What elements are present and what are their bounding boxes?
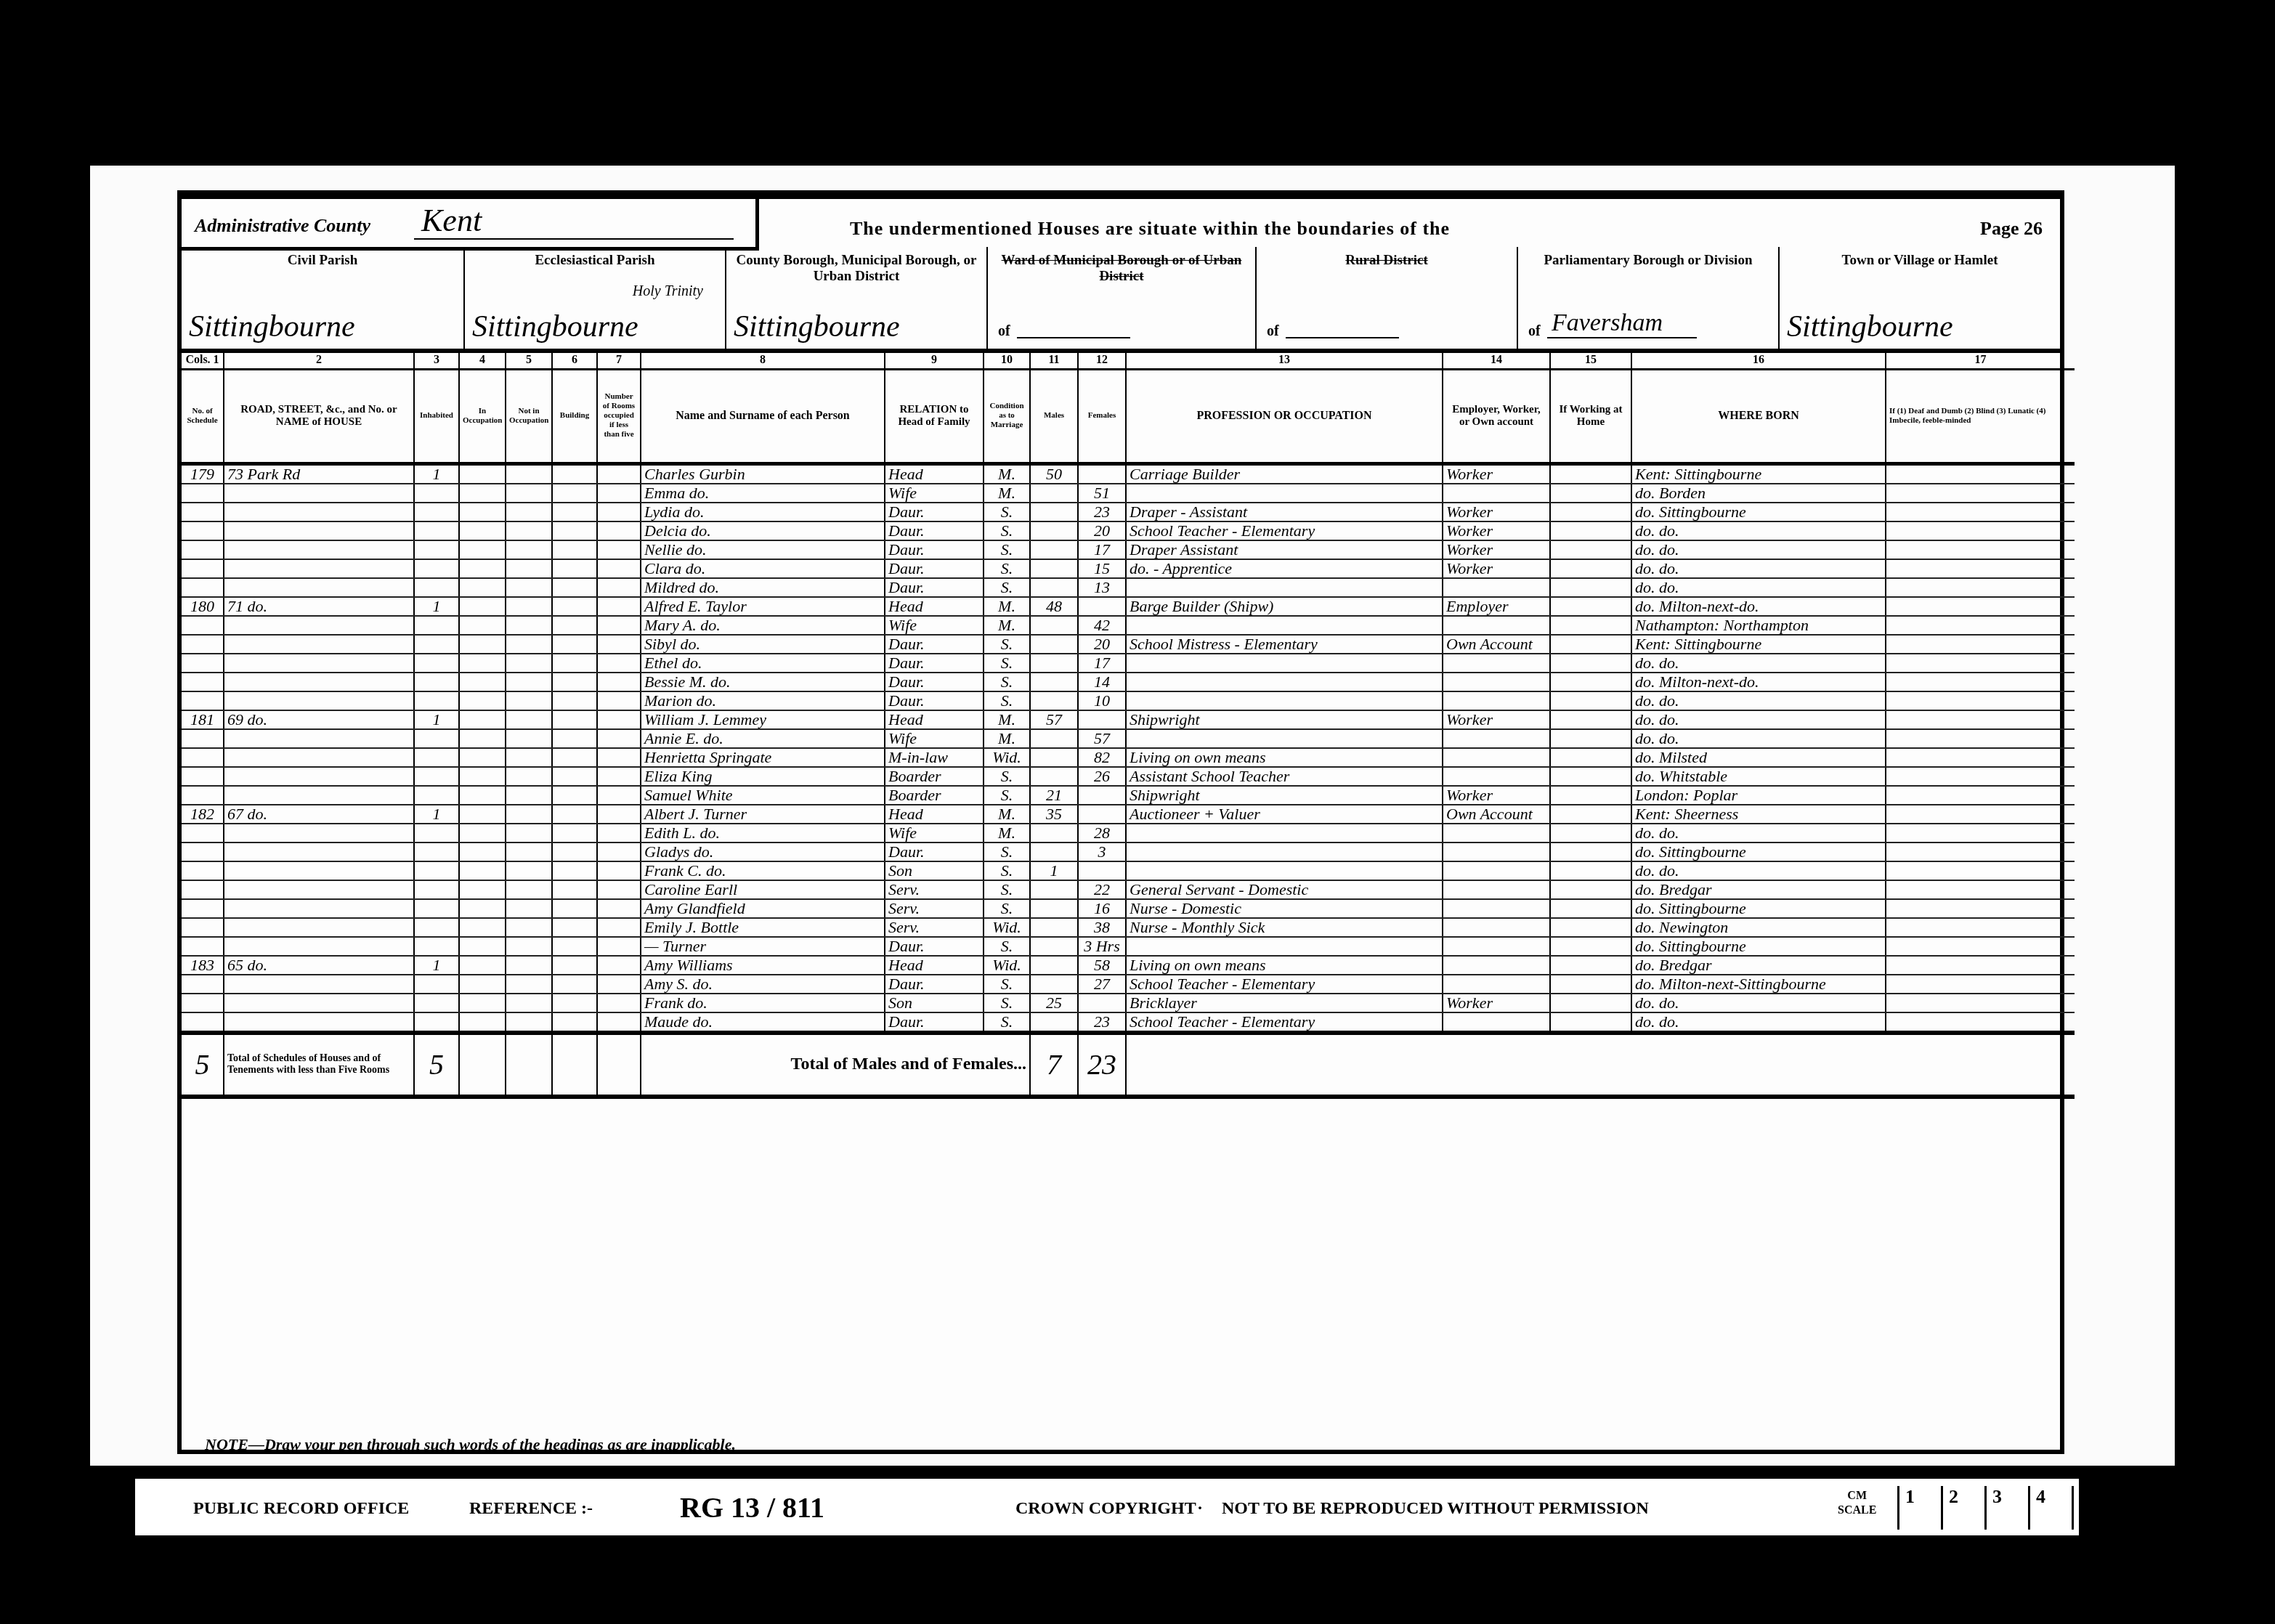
col-number: 15 — [1550, 353, 1631, 369]
age-male — [1030, 843, 1078, 861]
uninhabited-not-in-occupation — [506, 975, 552, 994]
rooms — [597, 956, 641, 975]
age-male — [1030, 691, 1078, 710]
condition: S. — [984, 559, 1030, 578]
working-at-home — [1550, 540, 1631, 559]
birthplace: do. Sittingbourne — [1631, 937, 1886, 956]
uninhabited-not-in-occupation — [506, 578, 552, 597]
working-at-home — [1550, 767, 1631, 786]
rooms — [597, 616, 641, 635]
total-males: 7 — [1030, 1033, 1078, 1097]
inhabited-count — [414, 635, 459, 654]
uninhabited-not-in-occupation — [506, 767, 552, 786]
area-heading: Rural District — [1257, 247, 1517, 269]
occupation: Bricklayer — [1126, 994, 1443, 1012]
age-female: 10 — [1078, 691, 1126, 710]
separator: · — [1197, 1499, 1203, 1519]
occupation: General Servant - Domestic — [1126, 880, 1443, 899]
age-female — [1078, 463, 1126, 484]
birthplace: do. Milton-next-Sittingbourne — [1631, 975, 1886, 994]
rooms — [597, 463, 641, 484]
uninhabited-not-in-occupation — [506, 710, 552, 729]
uninhabited-in-occupation — [459, 748, 506, 767]
inhabited-count — [414, 673, 459, 691]
condition: S. — [984, 937, 1030, 956]
relation: Daur. — [885, 691, 984, 710]
employment-status: Worker — [1443, 994, 1550, 1012]
person-name: Emma do. — [641, 484, 885, 503]
condition: S. — [984, 503, 1030, 521]
uninhabited-not-in-occupation — [506, 861, 552, 880]
uninhabited-in-occupation — [459, 975, 506, 994]
uninhabited-not-in-occupation — [506, 805, 552, 824]
person-name: Nellie do. — [641, 540, 885, 559]
uninhabited-in-occupation — [459, 559, 506, 578]
rooms — [597, 673, 641, 691]
inhabited-count — [414, 729, 459, 748]
uninhabited-in-occupation — [459, 899, 506, 918]
area-value: Sittingbourne — [734, 309, 979, 344]
address — [224, 861, 414, 880]
building — [552, 880, 597, 899]
condition: S. — [984, 673, 1030, 691]
working-at-home — [1550, 956, 1631, 975]
totals-label: Total of Schedules of Houses and of Tene… — [224, 1033, 414, 1097]
condition: S. — [984, 635, 1030, 654]
table-row: Mary A. do.WifeM.42Nathampton: Northampt… — [182, 616, 2075, 635]
address: 71 do. — [224, 597, 414, 616]
working-at-home — [1550, 710, 1631, 729]
relation: Wife — [885, 484, 984, 503]
uninhabited-in-occupation — [459, 937, 506, 956]
table-row: Clara do.Daur.S.15do. - ApprenticeWorker… — [182, 559, 2075, 578]
birthplace: do. do. — [1631, 824, 1886, 843]
birthplace: do. do. — [1631, 521, 1886, 540]
condition: S. — [984, 521, 1030, 540]
rooms — [597, 843, 641, 861]
age-female: 13 — [1078, 578, 1126, 597]
uninhabited-not-in-occupation — [506, 824, 552, 843]
age-female: 51 — [1078, 484, 1126, 503]
column-numbers-row: Cols. 1 2 3 4 5 6 7 8 9 10 11 12 13 14 1… — [182, 353, 2075, 369]
employment-status — [1443, 578, 1550, 597]
reference-label: REFERENCE :- — [469, 1499, 593, 1519]
occupation — [1126, 691, 1443, 710]
age-female: 17 — [1078, 540, 1126, 559]
birthplace: do. Milton-next-do. — [1631, 673, 1886, 691]
empty-cell — [506, 1033, 552, 1097]
uninhabited-not-in-occupation — [506, 918, 552, 937]
age-female: 3 — [1078, 843, 1126, 861]
table-row: Mildred do.Daur.S.13do. do. — [182, 578, 2075, 597]
table-row: Gladys do.Daur.S.3do. Sittingbourne — [182, 843, 2075, 861]
employment-status — [1443, 843, 1550, 861]
infirmity — [1886, 729, 2075, 748]
age-female — [1078, 597, 1126, 616]
employment-status: Worker — [1443, 710, 1550, 729]
rooms — [597, 1012, 641, 1033]
infirmity — [1886, 1012, 2075, 1033]
uninhabited-not-in-occupation — [506, 748, 552, 767]
uninhabited-in-occupation — [459, 616, 506, 635]
working-at-home — [1550, 918, 1631, 937]
condition: Wid. — [984, 918, 1030, 937]
age-male — [1030, 654, 1078, 673]
heading-not-in-occupation: Not in Occupation — [506, 369, 552, 463]
condition: S. — [984, 899, 1030, 918]
person-name: Amy S. do. — [641, 975, 885, 994]
occupation: Carriage Builder — [1126, 463, 1443, 484]
area-ward: Ward of Municipal Borough or of Urban Di… — [988, 247, 1257, 349]
rooms — [597, 654, 641, 673]
uninhabited-not-in-occupation — [506, 521, 552, 540]
schedule-no — [182, 635, 224, 654]
rooms — [597, 691, 641, 710]
census-table: Cols. 1 2 3 4 5 6 7 8 9 10 11 12 13 14 1… — [182, 353, 2075, 1099]
rooms — [597, 484, 641, 503]
inhabited-count — [414, 767, 459, 786]
uninhabited-not-in-occupation — [506, 880, 552, 899]
uninhabited-in-occupation — [459, 824, 506, 843]
employment-status: Worker — [1443, 463, 1550, 484]
inhabited-count — [414, 994, 459, 1012]
area-note: Holy Trinity — [633, 283, 703, 300]
employment-status — [1443, 918, 1550, 937]
condition: S. — [984, 843, 1030, 861]
scale-label-scale: SCALE — [1838, 1503, 1876, 1518]
address: 73 Park Rd — [224, 463, 414, 484]
uninhabited-in-occupation — [459, 540, 506, 559]
relation: Head — [885, 597, 984, 616]
occupation: Nurse - Monthly Sick — [1126, 918, 1443, 937]
scale-mark: 6 — [2115, 1486, 2159, 1530]
birthplace: do. do. — [1631, 1012, 1886, 1033]
col-number: 11 — [1030, 353, 1078, 369]
birthplace: do. do. — [1631, 729, 1886, 748]
age-female: 23 — [1078, 1012, 1126, 1033]
person-name: Delcia do. — [641, 521, 885, 540]
column-headings-row: No. of Schedule ROAD, STREET, &c., and N… — [182, 369, 2075, 463]
rooms — [597, 521, 641, 540]
schedule-no — [182, 616, 224, 635]
heading-age-males: Males — [1030, 369, 1078, 463]
uninhabited-in-occupation — [459, 918, 506, 937]
address — [224, 1012, 414, 1033]
age-female: 38 — [1078, 918, 1126, 937]
condition: M. — [984, 463, 1030, 484]
address — [224, 540, 414, 559]
building — [552, 1012, 597, 1033]
person-name: Caroline Earll — [641, 880, 885, 899]
employment-status — [1443, 616, 1550, 635]
schedule-no — [182, 861, 224, 880]
address — [224, 616, 414, 635]
address — [224, 748, 414, 767]
building — [552, 824, 597, 843]
scale-label-cm: CM — [1838, 1489, 1876, 1503]
birthplace: London: Poplar — [1631, 786, 1886, 805]
working-at-home — [1550, 805, 1631, 824]
inhabited-count — [414, 1012, 459, 1033]
relation: Head — [885, 463, 984, 484]
person-name: Frank C. do. — [641, 861, 885, 880]
county-label: Administrative County — [195, 215, 370, 237]
address: 69 do. — [224, 710, 414, 729]
employment-status: Worker — [1443, 503, 1550, 521]
relation: Daur. — [885, 540, 984, 559]
rooms — [597, 918, 641, 937]
building — [552, 710, 597, 729]
age-female — [1078, 786, 1126, 805]
table-row: Henrietta SpringateM-in-lawWid.82Living … — [182, 748, 2075, 767]
person-name: Frank do. — [641, 994, 885, 1012]
relation: Head — [885, 956, 984, 975]
age-female: 57 — [1078, 729, 1126, 748]
empty-cell — [1126, 1033, 2075, 1097]
relation: Daur. — [885, 843, 984, 861]
employment-status: Own Account — [1443, 635, 1550, 654]
boundary-statement: The undermentioned Houses are situate wi… — [850, 218, 1450, 240]
age-male: 35 — [1030, 805, 1078, 824]
inhabited-count — [414, 880, 459, 899]
infirmity — [1886, 975, 2075, 994]
schedule-no — [182, 824, 224, 843]
infirmity — [1886, 786, 2075, 805]
address — [224, 994, 414, 1012]
person-name: Annie E. do. — [641, 729, 885, 748]
age-female: 58 — [1078, 956, 1126, 975]
area-heading: Town or Village or Hamlet — [1780, 247, 2060, 269]
person-name: Amy Williams — [641, 956, 885, 975]
employment-status — [1443, 748, 1550, 767]
address: 65 do. — [224, 956, 414, 975]
occupation: Living on own means — [1126, 956, 1443, 975]
uninhabited-in-occupation — [459, 521, 506, 540]
infirmity — [1886, 463, 2075, 484]
birthplace: do. Milsted — [1631, 748, 1886, 767]
condition: S. — [984, 880, 1030, 899]
table-row: Edith L. do.WifeM.28do. do. — [182, 824, 2075, 843]
person-name: Gladys do. — [641, 843, 885, 861]
table-row: Bessie M. do.Daur.S.14do. Milton-next-do… — [182, 673, 2075, 691]
heading-condition: Condition as to Marriage — [984, 369, 1030, 463]
uninhabited-not-in-occupation — [506, 786, 552, 805]
age-male — [1030, 899, 1078, 918]
working-at-home — [1550, 635, 1631, 654]
person-name: Amy Glandfield — [641, 899, 885, 918]
birthplace: do. Sittingbourne — [1631, 843, 1886, 861]
scale-mark: 5 — [2072, 1486, 2115, 1530]
working-at-home — [1550, 597, 1631, 616]
address — [224, 559, 414, 578]
col-number: 8 — [641, 353, 885, 369]
uninhabited-not-in-occupation — [506, 673, 552, 691]
uninhabited-in-occupation — [459, 635, 506, 654]
uninhabited-in-occupation — [459, 597, 506, 616]
rooms — [597, 937, 641, 956]
working-at-home — [1550, 786, 1631, 805]
inhabited-count — [414, 824, 459, 843]
age-female: 15 — [1078, 559, 1126, 578]
person-name: Alfred E. Taylor — [641, 597, 885, 616]
rooms — [597, 767, 641, 786]
birthplace: do. Sittingbourne — [1631, 899, 1886, 918]
heading-relation: RELATION to Head of Family — [885, 369, 984, 463]
area-heading: Parliamentary Borough or Division — [1518, 247, 1778, 269]
birthplace: do. Sittingbourne — [1631, 503, 1886, 521]
inhabited-count — [414, 616, 459, 635]
occupation — [1126, 729, 1443, 748]
uninhabited-in-occupation — [459, 805, 506, 824]
birthplace: do. do. — [1631, 994, 1886, 1012]
schedule-no — [182, 899, 224, 918]
relation: Daur. — [885, 578, 984, 597]
scale-mark: 2 — [1941, 1486, 1984, 1530]
col-number: 9 — [885, 353, 984, 369]
table-row: Annie E. do.WifeM.57do. do. — [182, 729, 2075, 748]
rooms — [597, 824, 641, 843]
working-at-home — [1550, 503, 1631, 521]
person-name: Maude do. — [641, 1012, 885, 1033]
rooms — [597, 880, 641, 899]
inhabited-count: 1 — [414, 597, 459, 616]
person-name: Ethel do. — [641, 654, 885, 673]
uninhabited-not-in-occupation — [506, 616, 552, 635]
age-male — [1030, 824, 1078, 843]
heading-where-born: WHERE BORN — [1631, 369, 1886, 463]
heading-schedule: No. of Schedule — [182, 369, 224, 463]
infirmity — [1886, 767, 2075, 786]
schedule-no — [182, 691, 224, 710]
working-at-home — [1550, 691, 1631, 710]
working-at-home — [1550, 521, 1631, 540]
col-number: 4 — [459, 353, 506, 369]
person-name: Henrietta Springate — [641, 748, 885, 767]
relation: Serv. — [885, 899, 984, 918]
rooms — [597, 805, 641, 824]
person-name: William J. Lemmey — [641, 710, 885, 729]
age-female — [1078, 994, 1126, 1012]
address — [224, 729, 414, 748]
page-number: Page 26 — [1980, 218, 2043, 240]
table-row: Samuel WhiteBoarderS.21ShipwrightWorkerL… — [182, 786, 2075, 805]
uninhabited-in-occupation — [459, 956, 506, 975]
area-value: Sittingbourne — [189, 309, 456, 344]
table-row: Ethel do.Daur.S.17do. do. — [182, 654, 2075, 673]
working-at-home — [1550, 899, 1631, 918]
infirmity — [1886, 673, 2075, 691]
person-name: Emily J. Bottle — [641, 918, 885, 937]
working-at-home — [1550, 654, 1631, 673]
occupation: Shipwright — [1126, 786, 1443, 805]
rooms — [597, 503, 641, 521]
birthplace: Kent: Sittingbourne — [1631, 635, 1886, 654]
rooms — [597, 975, 641, 994]
schedule-no: 182 — [182, 805, 224, 824]
person-name: Mildred do. — [641, 578, 885, 597]
building — [552, 899, 597, 918]
occupation: Living on own means — [1126, 748, 1443, 767]
rooms — [597, 748, 641, 767]
rooms — [597, 899, 641, 918]
uninhabited-not-in-occupation — [506, 729, 552, 748]
birthplace: do. Newington — [1631, 918, 1886, 937]
condition: M. — [984, 616, 1030, 635]
permission-label: NOT TO BE REPRODUCED WITHOUT PERMISSION — [1222, 1499, 1649, 1519]
occupation: Nurse - Domestic — [1126, 899, 1443, 918]
employment-status — [1443, 899, 1550, 918]
empty-cell — [597, 1033, 641, 1097]
employment-status — [1443, 880, 1550, 899]
working-at-home — [1550, 484, 1631, 503]
uninhabited-not-in-occupation — [506, 463, 552, 484]
heading-at-home: If Working at Home — [1550, 369, 1631, 463]
working-at-home — [1550, 616, 1631, 635]
age-female — [1078, 710, 1126, 729]
schedule-no — [182, 673, 224, 691]
infirmity — [1886, 521, 2075, 540]
uninhabited-not-in-occupation — [506, 654, 552, 673]
inhabited-count — [414, 521, 459, 540]
working-at-home — [1550, 578, 1631, 597]
condition: M. — [984, 824, 1030, 843]
inhabited-count — [414, 843, 459, 861]
birthplace: do. do. — [1631, 710, 1886, 729]
employment-status — [1443, 691, 1550, 710]
person-name: Lydia do. — [641, 503, 885, 521]
rooms — [597, 710, 641, 729]
schedule-no — [182, 786, 224, 805]
age-female: 16 — [1078, 899, 1126, 918]
area-of-label: of — [998, 323, 1010, 340]
infirmity — [1886, 824, 2075, 843]
uninhabited-in-occupation — [459, 710, 506, 729]
relation: Daur. — [885, 673, 984, 691]
relation: Daur. — [885, 975, 984, 994]
uninhabited-in-occupation — [459, 880, 506, 899]
county-box: Administrative County Kent — [182, 199, 759, 251]
uninhabited-in-occupation — [459, 691, 506, 710]
address — [224, 484, 414, 503]
rooms — [597, 994, 641, 1012]
condition: S. — [984, 786, 1030, 805]
table-row: — TurnerDaur.S.3 Hrsdo. Sittingbourne — [182, 937, 2075, 956]
table-row: Nellie do.Daur.S.17Draper AssistantWorke… — [182, 540, 2075, 559]
heading-infirmity: If (1) Deaf and Dumb (2) Blind (3) Lunat… — [1886, 369, 2075, 463]
table-row: Amy GlandfieldServ.S.16Nurse - Domesticd… — [182, 899, 2075, 918]
building — [552, 975, 597, 994]
age-female: 26 — [1078, 767, 1126, 786]
area-ecclesiastical-parish: Ecclesiastical Parish Holy Trinity Sitti… — [465, 247, 726, 349]
col-number: 17 — [1886, 353, 2075, 369]
uninhabited-not-in-occupation — [506, 597, 552, 616]
infirmity — [1886, 918, 2075, 937]
occupation — [1126, 861, 1443, 880]
condition: M. — [984, 805, 1030, 824]
condition: S. — [984, 767, 1030, 786]
col-number: 12 — [1078, 353, 1126, 369]
employment-status — [1443, 729, 1550, 748]
working-at-home — [1550, 824, 1631, 843]
occupation: Barge Builder (Shipw) — [1126, 597, 1443, 616]
infirmity — [1886, 635, 2075, 654]
col-number: 5 — [506, 353, 552, 369]
address — [224, 824, 414, 843]
area-urban-district: County Borough, Municipal Borough, or Ur… — [726, 247, 988, 349]
inhabited-count — [414, 691, 459, 710]
occupation — [1126, 673, 1443, 691]
age-male: 48 — [1030, 597, 1078, 616]
